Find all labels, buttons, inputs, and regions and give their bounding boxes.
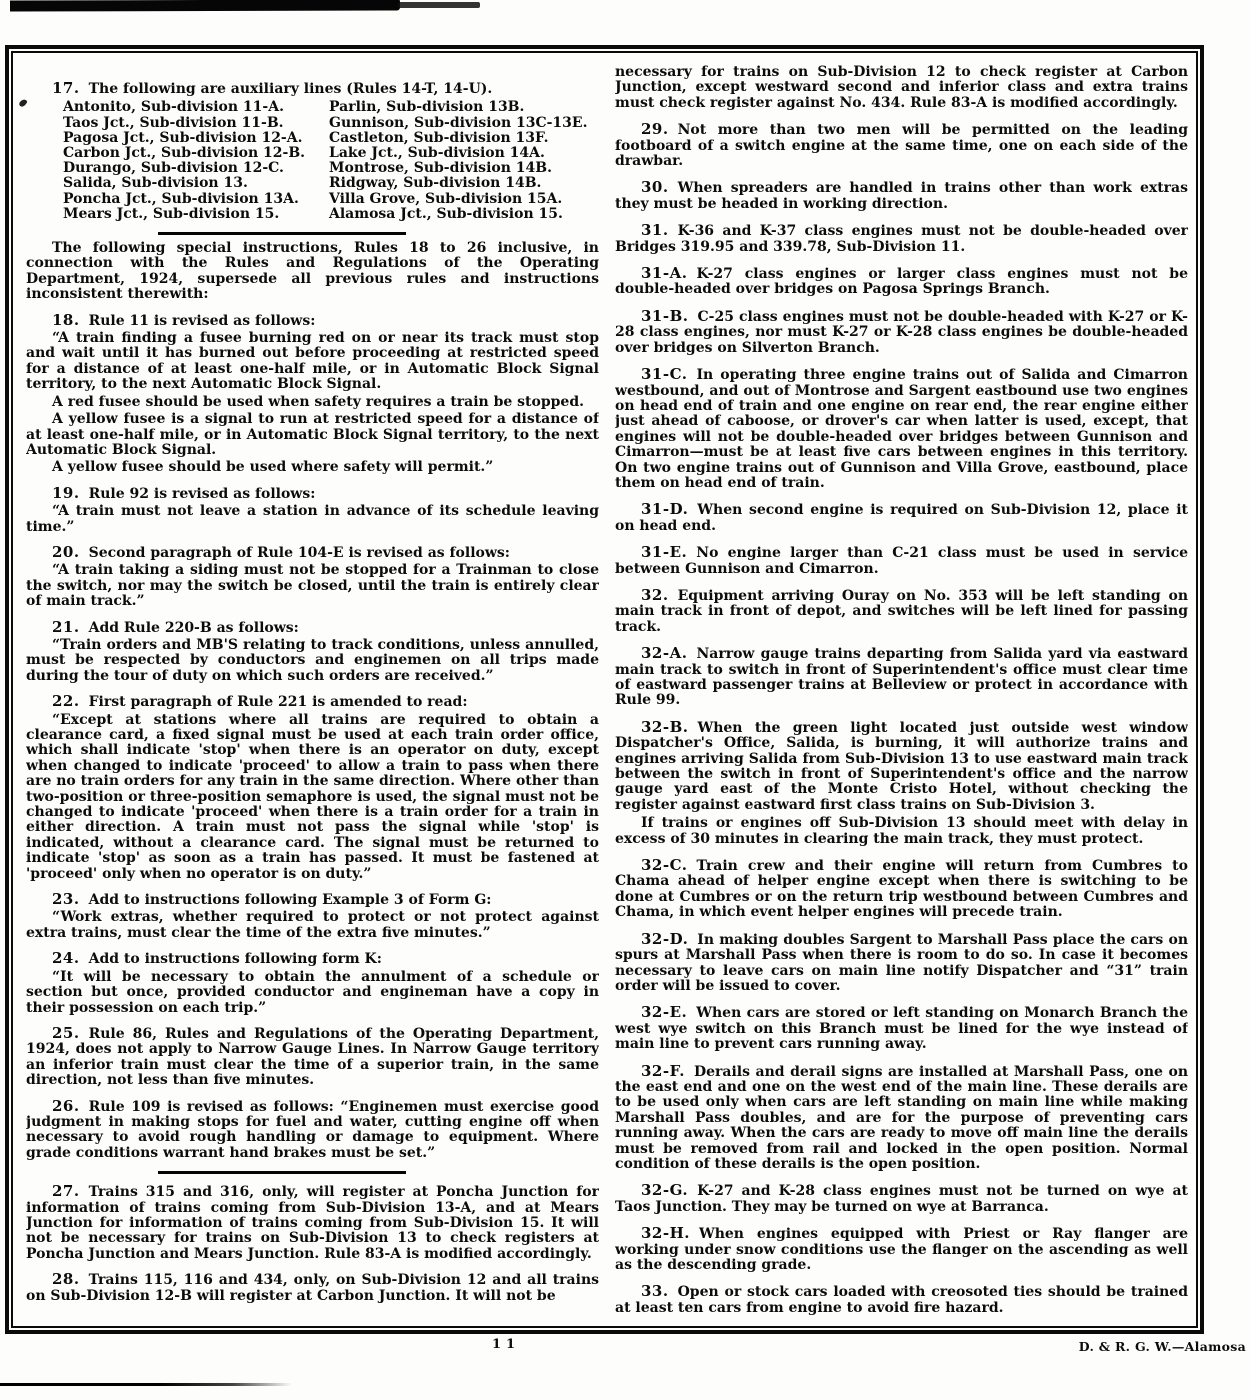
rule-paragraph: 32-A.Narrow gauge trains departing from … [615, 646, 1188, 709]
left-column: 17.The following are auxiliary lines (Ru… [26, 65, 599, 1320]
rule-text: Add to instructions following Example 3 … [89, 892, 492, 908]
rule-text: Rule 11 is revised as follows: [89, 313, 316, 329]
aux-line-item: Parlin, Sub-division 13B. [329, 100, 599, 115]
aux-line-item: Ridgway, Sub-division 14B. [329, 176, 599, 191]
rule-paragraph: 32-D.In making doubles Sargent to Marsha… [615, 932, 1188, 995]
rule-text: Trains 315 and 316, only, will register … [26, 1184, 599, 1262]
rule-paragraph: 32-B.When the green light located just o… [615, 720, 1188, 813]
rule-text: No engine larger than C-21 class must be… [615, 545, 1188, 576]
rule-paragraph: 29.Not more than two men will be permitt… [615, 122, 1188, 169]
body-paragraph: “Work extras, whether required to protec… [26, 910, 599, 941]
separator-rule [158, 1171, 406, 1174]
rule-paragraph: 26.Rule 109 is revised as follows: “Engi… [26, 1099, 599, 1162]
rule-text: Narrow gauge trains departing from Salid… [615, 646, 1188, 708]
rule-number: 21. [52, 618, 80, 636]
rule-number: 32-C. [641, 856, 688, 874]
rule-text: Derails and derail signs are installed a… [615, 1064, 1188, 1172]
rule-paragraph: 32-E.When cars are stored or left standi… [615, 1005, 1188, 1052]
aux-line-item: Taos Jct., Sub-division 11-B. [63, 116, 329, 131]
rule-number: 18. [52, 311, 80, 329]
rule-text: Add Rule 220-B as follows: [89, 620, 299, 636]
rule-text: Rule 92 is revised as follows: [89, 486, 316, 502]
aux-line-item: Alamosa Jct., Sub-division 15. [329, 207, 599, 222]
rule-number: 23. [52, 890, 80, 908]
rule-text: In making doubles Sargent to Marshall Pa… [615, 932, 1188, 994]
rule-number: 31-C. [641, 365, 688, 383]
rule-number: 32. [641, 586, 669, 604]
rule-text: Rule 109 is revised as follows: “Enginem… [26, 1099, 599, 1161]
body-paragraph: A yellow fusee should be used where safe… [26, 460, 599, 475]
rule-paragraph: 31-B.C-25 class engines must not be doub… [615, 309, 1188, 356]
aux-line-item: Lake Jct., Sub-division 14A. [329, 146, 599, 161]
aux-line-item: Pagosa Jct., Sub-division 12-A. [63, 131, 329, 146]
body-paragraph: “A train finding a fusee burning red on … [26, 331, 599, 393]
rule-text: Trains 115, 116 and 434, only, on Sub-Di… [26, 1272, 599, 1303]
rule-paragraph: 22.First paragraph of Rule 221 is amende… [26, 694, 599, 710]
rule-text: In operating three engine trains out of … [615, 367, 1188, 491]
rule-number: 24. [52, 949, 80, 967]
rule-text: First paragraph of Rule 221 is amended t… [89, 694, 468, 710]
scan-artifact-top-bar [10, 0, 400, 12]
body-paragraph: necessary for trains on Sub-Division 12 … [615, 65, 1188, 111]
rule-paragraph: 20.Second paragraph of Rule 104-E is rev… [26, 545, 599, 561]
rule-number: 19. [52, 484, 80, 502]
two-column-text: 17.The following are auxiliary lines (Ru… [26, 65, 1184, 1320]
rule-text: K-27 and K-28 class engines must not be … [615, 1183, 1188, 1214]
rule-paragraph: 31.K-36 and K-37 class engines must not … [615, 223, 1188, 255]
scan-artifact-bottom-line [0, 1383, 292, 1386]
rule-text: Second paragraph of Rule 104-E is revise… [89, 545, 510, 561]
rule-number: 32-H. [641, 1224, 690, 1242]
rule-text: Train crew and their engine will return … [615, 858, 1188, 920]
body-paragraph: If trains or engines off Sub-Division 13… [615, 816, 1188, 847]
rule-paragraph: 32-C.Train crew and their engine will re… [615, 858, 1188, 921]
rule-number: 25. [52, 1024, 80, 1042]
rule-number: 26. [52, 1097, 80, 1115]
rule-paragraph: 32-G.K-27 and K-28 class engines must no… [615, 1183, 1188, 1215]
rule-number: 31-A. [641, 264, 687, 282]
rule-text: When second engine is required on Sub-Di… [615, 502, 1188, 533]
rule-number: 17. [52, 79, 80, 97]
rule-text: Open or stock cars loaded with creosoted… [615, 1284, 1188, 1315]
right-column: necessary for trains on Sub-Division 12 … [615, 65, 1188, 1320]
rule-number: 31. [641, 221, 669, 239]
body-paragraph: The following special instructions, Rule… [26, 241, 599, 303]
aux-lines-sublist-left: Antonito, Sub-division 11-A.Taos Jct., S… [63, 100, 329, 222]
rule-number: 32-F. [641, 1062, 685, 1080]
footer-imprint: D. & R. G. W.—Alamosa [1079, 1339, 1246, 1354]
aux-lines-list: Antonito, Sub-division 11-A.Taos Jct., S… [26, 100, 599, 222]
rule-number: 27. [52, 1182, 80, 1200]
rule-paragraph: 32.Equipment arriving Ouray on No. 353 w… [615, 588, 1188, 635]
aux-line-item: Carbon Jct., Sub-division 12-B. [63, 146, 329, 161]
rule-number: 31-D. [641, 500, 688, 518]
page-border-inner: 17.The following are auxiliary lines (Ru… [11, 51, 1198, 1328]
rule-paragraph: 31-D.When second engine is required on S… [615, 502, 1188, 534]
rule-number: 20. [52, 543, 80, 561]
rule-number: 29. [641, 120, 669, 138]
rule-paragraph: 17.The following are auxiliary lines (Ru… [26, 81, 599, 97]
rule-text: When engines equipped with Priest or Ray… [615, 1226, 1188, 1273]
page-number: 11 [492, 1337, 520, 1352]
rule-text: When the green light located just outsid… [615, 720, 1188, 813]
rule-number: 30. [641, 178, 669, 196]
rule-number: 32-D. [641, 930, 688, 948]
rule-number: 32-E. [641, 1003, 687, 1021]
rule-paragraph: 24.Add to instructions following form K: [26, 951, 599, 967]
body-paragraph: “Train orders and MB'S relating to track… [26, 638, 599, 684]
rule-paragraph: 28.Trains 115, 116 and 434, only, on Sub… [26, 1272, 599, 1304]
rule-number: 32-A. [641, 644, 687, 662]
aux-lines-sublist-right: Parlin, Sub-division 13B.Gunnison, Sub-d… [329, 100, 599, 222]
rule-number: 22. [52, 692, 80, 710]
rule-number: 32-G. [641, 1181, 688, 1199]
rule-text: Add to instructions following form K: [89, 951, 382, 967]
aux-line-item: Castleton, Sub-division 13F. [329, 131, 599, 146]
body-paragraph: “Except at stations where all trains are… [26, 713, 599, 882]
aux-line-item: Salida, Sub-division 13. [63, 176, 329, 191]
body-paragraph: “It will be necessary to obtain the annu… [26, 970, 599, 1016]
body-paragraph: A red fusee should be used when safety r… [26, 395, 599, 410]
aux-line-item: Durango, Sub-division 12-C. [63, 161, 329, 176]
separator-rule [158, 232, 406, 235]
aux-line-item: Antonito, Sub-division 11-A. [63, 100, 329, 115]
rule-text: K-27 class engines or larger class engin… [615, 266, 1188, 297]
rule-text: Not more than two men will be permitted … [615, 122, 1188, 169]
rule-paragraph: 18.Rule 11 is revised as follows: [26, 313, 599, 329]
rule-number: 28. [52, 1270, 80, 1288]
rule-text: K-36 and K-37 class engines must not be … [615, 223, 1188, 254]
body-paragraph: A yellow fusee is a signal to run at res… [26, 412, 599, 458]
aux-line-item: Villa Grove, Sub-division 15A. [329, 192, 599, 207]
rule-paragraph: 27.Trains 315 and 316, only, will regist… [26, 1184, 599, 1262]
rule-text: Rule 86, Rules and Regulations of the Op… [26, 1026, 599, 1088]
rule-paragraph: 31-A.K-27 class engines or larger class … [615, 266, 1188, 298]
rule-paragraph: 31-E.No engine larger than C-21 class mu… [615, 545, 1188, 577]
scanned-rulebook-page: 17.The following are auxiliary lines (Ru… [0, 0, 1250, 1400]
rule-number: 31-B. [641, 307, 689, 325]
rule-number: 31-E. [641, 543, 687, 561]
rule-paragraph: 31-C.In operating three engine trains ou… [615, 367, 1188, 491]
rule-text: When cars are stored or left standing on… [615, 1005, 1188, 1052]
aux-line-item: Gunnison, Sub-division 13C-13E. [329, 116, 599, 131]
rule-text: C-25 class engines must not be double-he… [615, 309, 1188, 356]
rule-paragraph: 32-F.Derails and derail signs are instal… [615, 1064, 1188, 1173]
rule-paragraph: 30.When spreaders are handled in trains … [615, 180, 1188, 212]
rule-text: When spreaders are handled in trains oth… [615, 180, 1188, 211]
aux-line-item: Montrose, Sub-division 14B. [329, 161, 599, 176]
rule-paragraph: 25.Rule 86, Rules and Regulations of the… [26, 1026, 599, 1089]
rule-text: Equipment arriving Ouray on No. 353 will… [615, 588, 1188, 635]
rule-paragraph: 23.Add to instructions following Example… [26, 892, 599, 908]
rule-paragraph: 21.Add Rule 220-B as follows: [26, 620, 599, 636]
scan-artifact-top-bar-tail [398, 2, 480, 8]
aux-line-item: Mears Jct., Sub-division 15. [63, 207, 329, 222]
rule-paragraph: 19.Rule 92 is revised as follows: [26, 486, 599, 502]
rule-number: 33. [641, 1282, 669, 1300]
aux-line-item: Poncha Jct., Sub-division 13A. [63, 192, 329, 207]
body-paragraph: “A train taking a siding must not be sto… [26, 563, 599, 609]
body-paragraph: “A train must not leave a station in adv… [26, 504, 599, 535]
page-border-outer: 17.The following are auxiliary lines (Ru… [5, 45, 1204, 1334]
rule-paragraph: 33.Open or stock cars loaded with creoso… [615, 1284, 1188, 1316]
rule-text: The following are auxiliary lines (Rules… [89, 81, 493, 97]
rule-number: 32-B. [641, 718, 689, 736]
rule-paragraph: 32-H.When engines equipped with Priest o… [615, 1226, 1188, 1273]
